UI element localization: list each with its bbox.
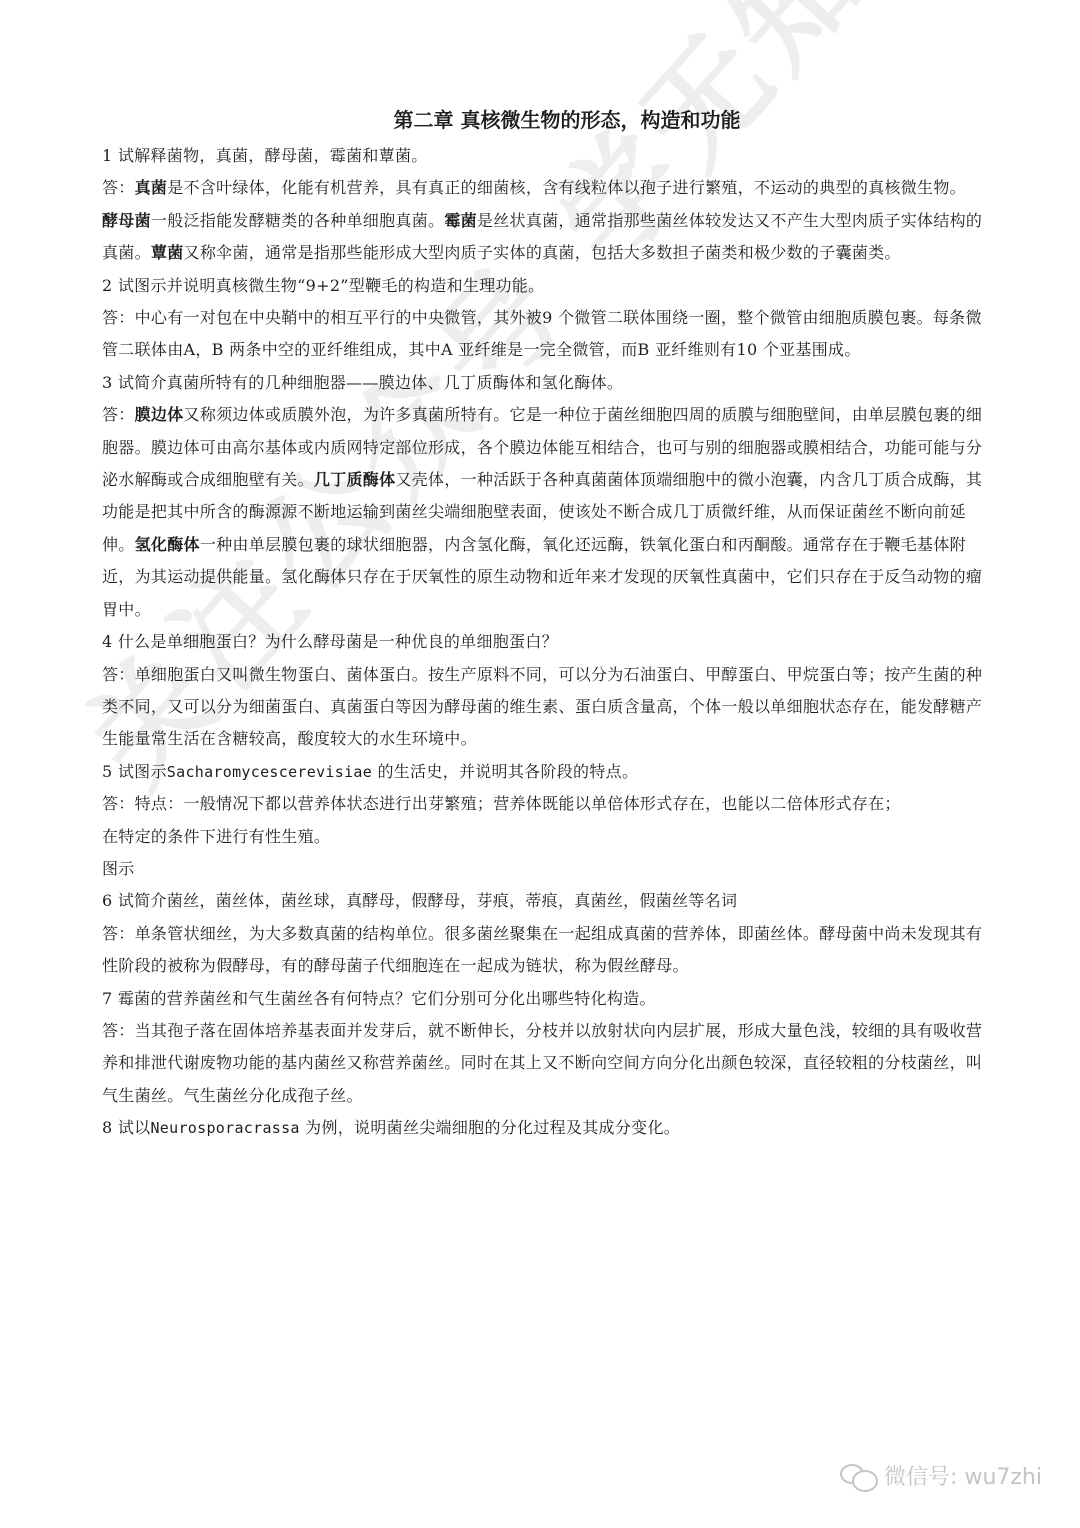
text-segment: 是不含叶绿体，化能有机营养，具有真正的细菌核，含有线粒体以孢子进行繁殖，不运动的… xyxy=(167,178,966,197)
paragraph: 6 试简介菌丝，菌丝体，菌丝球，真酵母，假酵母，芽痕，蒂痕，真菌丝，假菌丝等名词 xyxy=(102,885,992,917)
bold-term: 霉菌 xyxy=(444,211,477,230)
paragraph: 1 试解释菌物，真菌，酵母菌，霉菌和蕈菌。 xyxy=(102,140,992,172)
paragraph: 答：特点：一般情况下都以营养体状态进行出芽繁殖；营养体既能以单倍体形式存在，也能… xyxy=(102,788,992,820)
text-segment: 答：单条管状细丝，为大多数真菌的结构单位。很多菌丝聚集在一起组成真菌的营养体，即… xyxy=(102,924,982,975)
text-segment: 答：特点：一般情况下都以营养体状态进行出芽繁殖；营养体既能以单倍体形式存在，也能… xyxy=(102,794,901,813)
text-segment: 图示 xyxy=(102,859,135,878)
wechat-id-label: 微信号: wu7zhi xyxy=(884,1460,1042,1491)
paragraph: 7 霉菌的营养菌丝和气生菌丝各有何特点？它们分别可分化出哪些特化构造。 xyxy=(102,983,992,1015)
paragraph: 答：当其孢子落在固体培养基表面并发芽后，就不断伸长，分枝并以放射状向内层扩展，形… xyxy=(102,1015,992,1112)
text-segment: 答： xyxy=(102,405,135,424)
text-segment: 的生活史，并说明其各阶段的特点。 xyxy=(372,762,638,781)
paragraph: 5 试图示Sacharomycescerevisiae 的生活史，并说明其各阶段… xyxy=(102,756,992,788)
paragraph: 答：膜边体又称须边体或质膜外泡，为许多真菌所特有。它是一种位于菌丝细胞四周的质膜… xyxy=(102,399,992,626)
paragraph: 答：单条管状细丝，为大多数真菌的结构单位。很多菌丝聚集在一起组成真菌的营养体，即… xyxy=(102,918,992,983)
document-page: 第二章 真核微生物的形态，构造和功能 1 试解释菌物，真菌，酵母菌，霉菌和蕈菌。… xyxy=(102,100,992,1145)
paragraph: 2 试图示并说明真核微生物“9+2”型鞭毛的构造和生理功能。 xyxy=(102,270,992,302)
paragraph: 在特定的条件下进行有性生殖。 xyxy=(102,821,992,853)
text-segment: 1 试解释菌物，真菌，酵母菌，霉菌和蕈菌。 xyxy=(102,146,428,165)
text-segment: 答：中心有一对包在中央鞘中的相互平行的中央微管，其外被9 个微管二联体围绕一圈，… xyxy=(102,308,982,359)
text-segment: 一种由单层膜包裹的球状细胞器，内含氢化酶，氧化还远酶，铁氧化蛋白和丙酮酸。通常存… xyxy=(102,535,982,619)
paragraph: 答：中心有一对包在中央鞘中的相互平行的中央微管，其外被9 个微管二联体围绕一圈，… xyxy=(102,302,992,367)
text-segment: 在特定的条件下进行有性生殖。 xyxy=(102,827,330,846)
text-segment: 2 试图示并说明真核微生物“9+2”型鞭毛的构造和生理功能。 xyxy=(102,276,544,295)
bold-term: 膜边体 xyxy=(135,405,184,424)
wechat-watermark: 微信号: wu7zhi xyxy=(838,1460,1042,1491)
text-segment: 4 什么是单细胞蛋白？为什么酵母菌是一种优良的单细胞蛋白？ xyxy=(102,632,558,651)
bold-term: 氢化酶体 xyxy=(135,535,200,554)
paragraph: 3 试简介真菌所特有的几种细胞器——膜边体、几丁质酶体和氢化酶体。 xyxy=(102,367,992,399)
paragraph: 图示 xyxy=(102,853,992,885)
chapter-title: 第二章 真核微生物的形态，构造和功能 xyxy=(102,100,992,140)
text-segment: 答：单细胞蛋白又叫微生物蛋白、菌体蛋白。按生产原料不同，可以分为石油蛋白、甲醇蛋… xyxy=(102,665,982,749)
text-segment: 一般泛指能发酵糖类的各种单细胞真菌。 xyxy=(151,211,444,230)
text-segment: Neurosporacrassa xyxy=(150,1119,299,1137)
paragraph: 酵母菌一般泛指能发酵糖类的各种单细胞真菌。霉菌是丝状真菌，通常指那些菌丝体较发达… xyxy=(102,205,992,270)
text-segment: 为例，说明菌丝尖端细胞的分化过程及其成分变化。 xyxy=(300,1118,680,1137)
text-segment: 答：当其孢子落在固体培养基表面并发芽后，就不断伸长，分枝并以放射状向内层扩展，形… xyxy=(102,1021,982,1105)
text-segment: 8 试以 xyxy=(102,1118,150,1137)
text-segment: 6 试简介菌丝，菌丝体，菌丝球，真酵母，假酵母，芽痕，蒂痕，真菌丝，假菌丝等名词 xyxy=(102,891,737,910)
bold-term: 蕈菌 xyxy=(151,243,184,262)
wechat-icon xyxy=(838,1462,878,1490)
text-segment: 7 霉菌的营养菌丝和气生菌丝各有何特点？它们分别可分化出哪些特化构造。 xyxy=(102,989,656,1008)
text-segment: 又称伞菌，通常是指那些能形成大型肉质子实体的真菌，包括大多数担子菌类和极少数的子… xyxy=(184,243,901,262)
bold-term: 酵母菌 xyxy=(102,211,151,230)
paragraph: 4 什么是单细胞蛋白？为什么酵母菌是一种优良的单细胞蛋白？ xyxy=(102,626,992,658)
document-body: 1 试解释菌物，真菌，酵母菌，霉菌和蕈菌。答：真菌是不含叶绿体，化能有机营养，具… xyxy=(102,140,992,1145)
paragraph: 答：单细胞蛋白又叫微生物蛋白、菌体蛋白。按生产原料不同，可以分为石油蛋白、甲醇蛋… xyxy=(102,659,992,756)
paragraph: 答：真菌是不含叶绿体，化能有机营养，具有真正的细菌核，含有线粒体以孢子进行繁殖，… xyxy=(102,172,992,204)
bold-term: 真菌 xyxy=(135,178,168,197)
text-segment: 3 试简介真菌所特有的几种细胞器——膜边体、几丁质酶体和氢化酶体。 xyxy=(102,373,623,392)
paragraph: 8 试以Neurosporacrassa 为例，说明菌丝尖端细胞的分化过程及其成… xyxy=(102,1112,992,1144)
bold-term: 几丁质酶体 xyxy=(314,470,396,489)
text-segment: 答： xyxy=(102,178,135,197)
text-segment: Sacharomycescerevisiae xyxy=(167,763,372,781)
text-segment: 5 试图示 xyxy=(102,762,167,781)
